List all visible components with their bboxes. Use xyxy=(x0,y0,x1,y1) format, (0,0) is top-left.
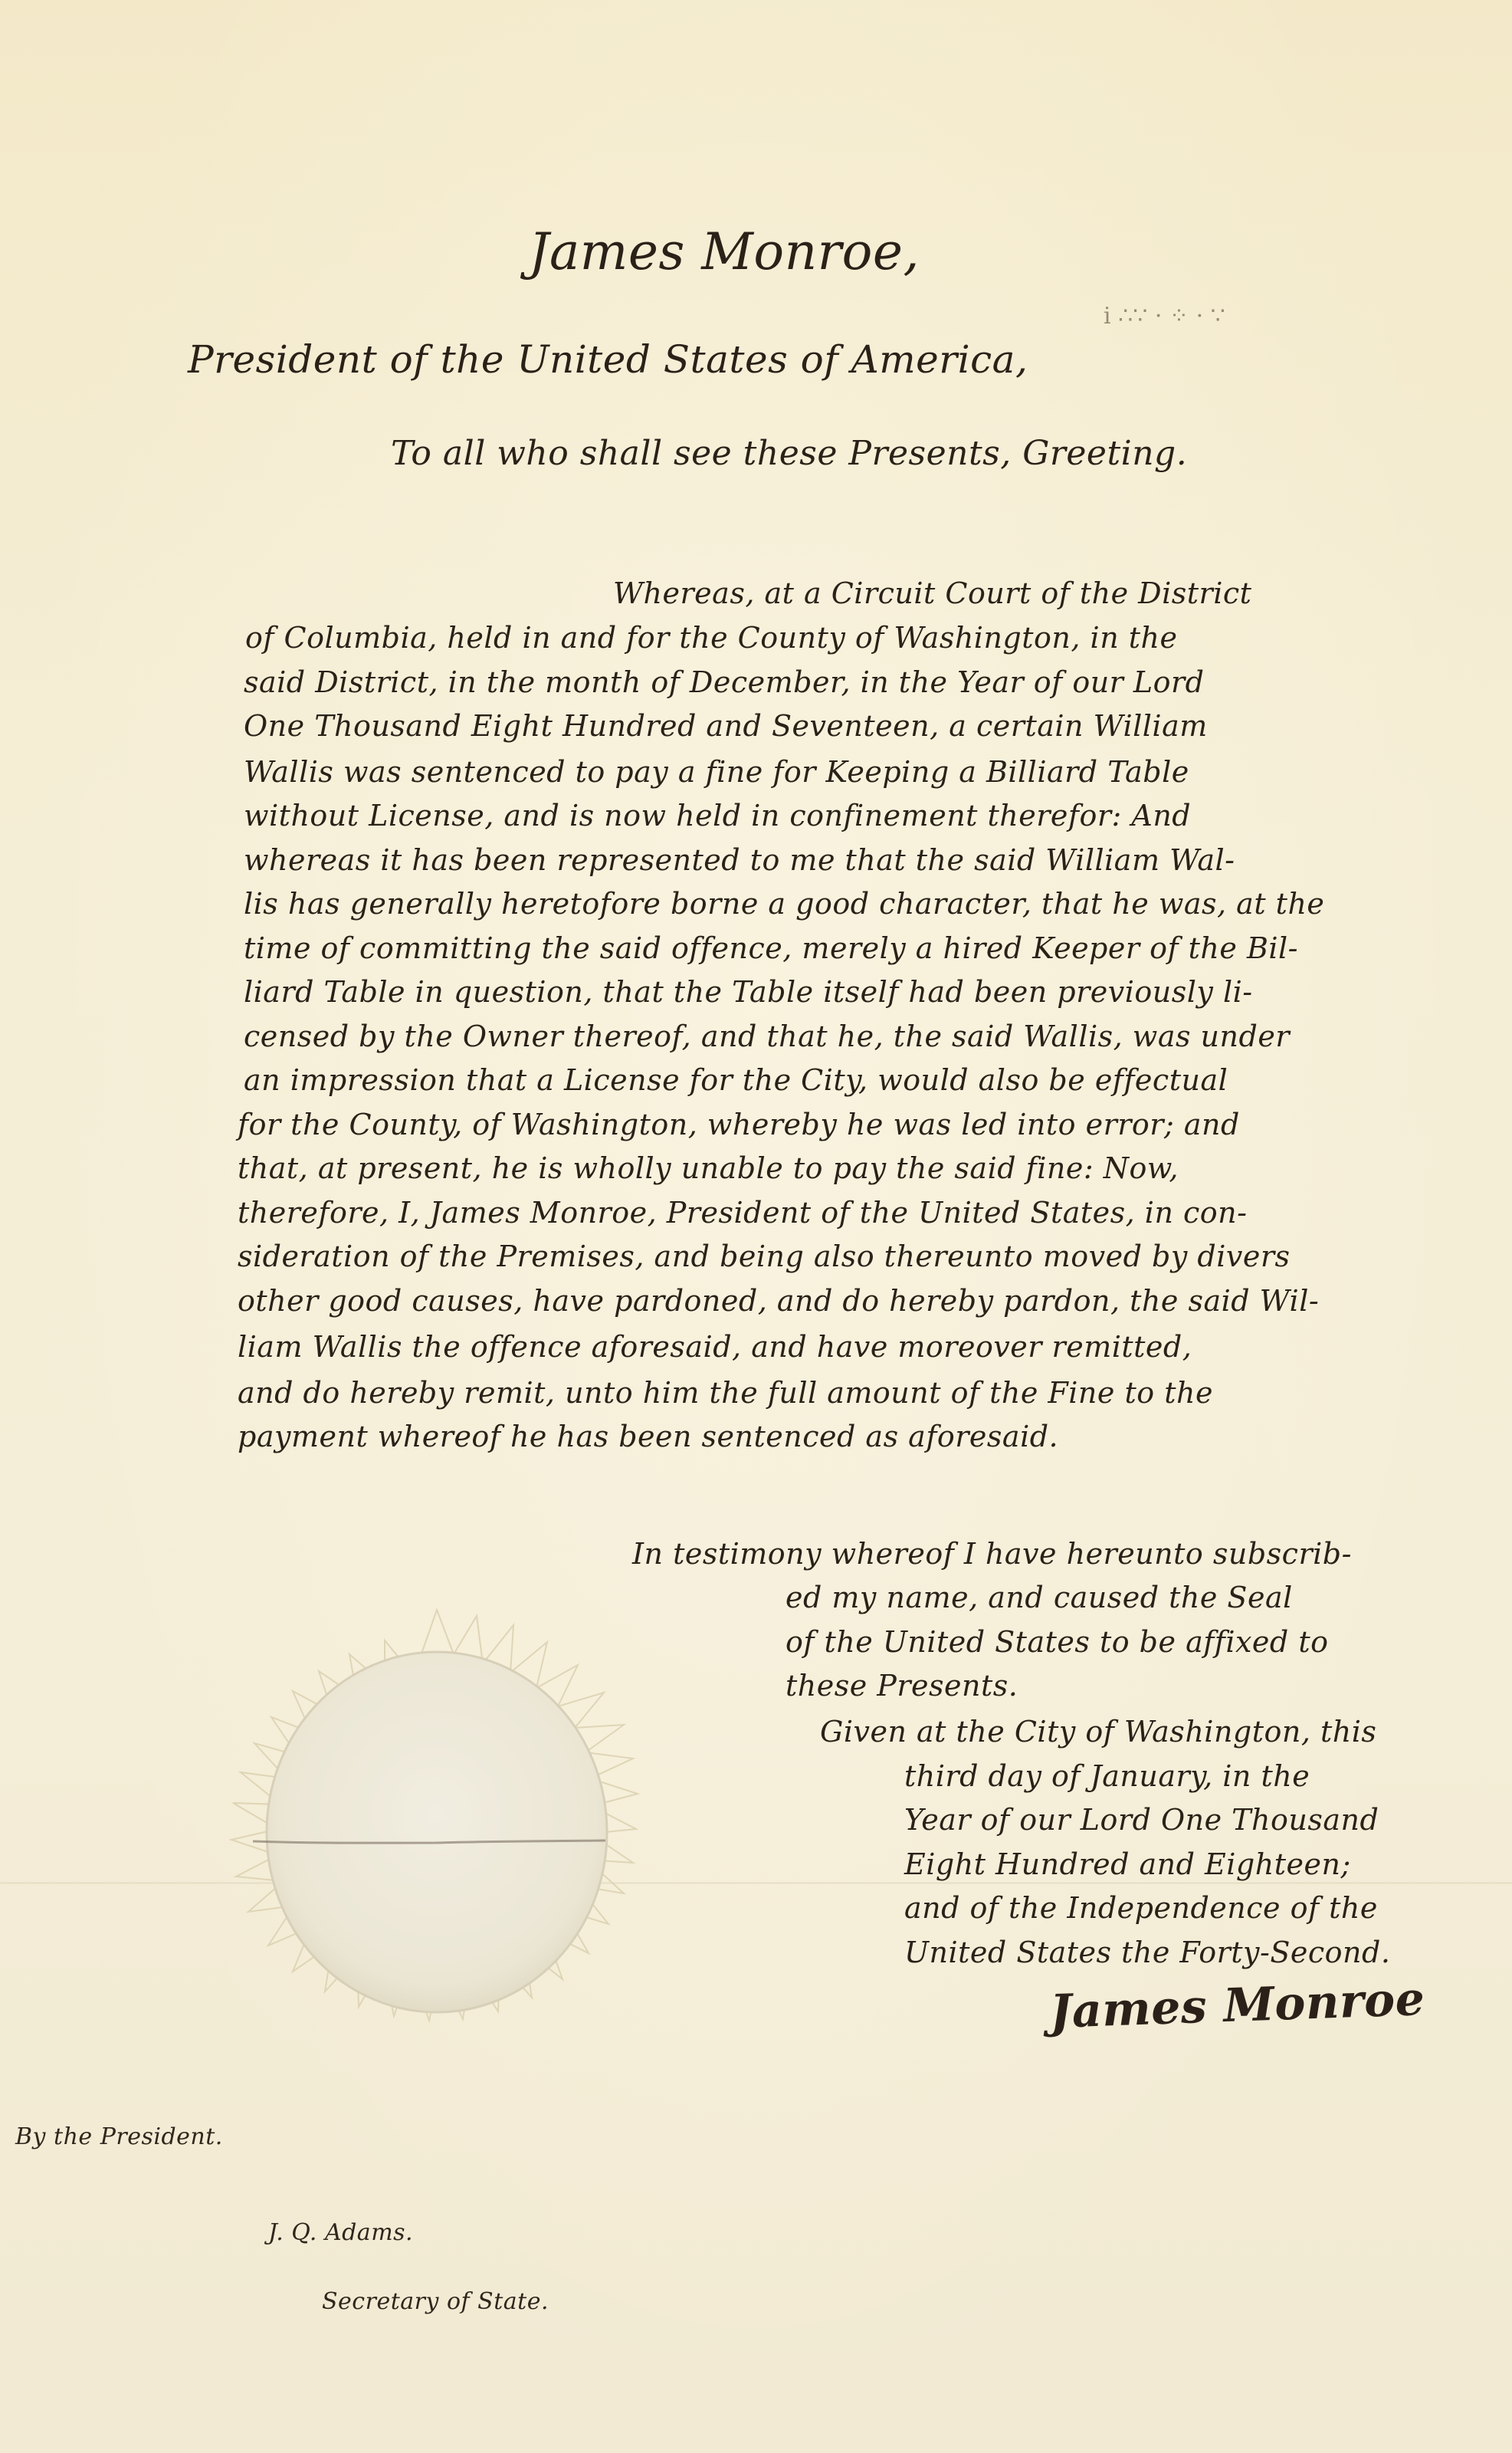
given-line: Year of our Lord One Thousand xyxy=(904,1803,1379,1837)
body-line: liard Table in question, that the Table … xyxy=(244,975,1253,1009)
body-line: censed by the Owner thereof, and that he… xyxy=(244,1020,1290,1053)
body-line: an impression that a License for the Cit… xyxy=(244,1063,1228,1097)
heading-greeting: To all who shall see these Presents, Gre… xyxy=(391,434,1187,473)
body-line: payment whereof he has been sentenced as… xyxy=(238,1420,1058,1453)
given-line: and of the Independence of the xyxy=(904,1891,1378,1925)
body-line: Whereas, at a Circuit Court of the Distr… xyxy=(613,576,1251,610)
body-line: One Thousand Eight Hundred and Seventeen… xyxy=(244,709,1208,743)
body-line: whereas it has been represented to me th… xyxy=(244,843,1235,877)
testimony-line: these Presents. xyxy=(786,1669,1018,1703)
body-line: said District, in the month of December,… xyxy=(244,665,1205,699)
body-line: without License, and is now held in conf… xyxy=(244,799,1191,832)
given-line: United States the Forty-Second. xyxy=(904,1936,1390,1969)
body-line: of Columbia, held in and for the County … xyxy=(245,621,1177,655)
testimony-line: ed my name, and caused the Seal xyxy=(786,1581,1293,1614)
body-line: for the County, of Washington, whereby h… xyxy=(238,1108,1240,1141)
testimony-line: of the United States to be affixed to xyxy=(786,1625,1328,1659)
heading-title: President of the United States of Americ… xyxy=(188,337,1028,382)
given-line: Eight Hundred and Eighteen; xyxy=(904,1847,1351,1881)
body-line: Wallis was sentenced to pay a fine for K… xyxy=(244,755,1189,789)
body-line: therefore, I, James Monroe, President of… xyxy=(238,1196,1247,1230)
body-line: lis has generally heretofore borne a goo… xyxy=(244,887,1324,921)
body-line: other good causes, have pardoned, and do… xyxy=(238,1284,1319,1318)
by-the-president: By the President. xyxy=(15,2123,223,2150)
given-line: third day of January, in the xyxy=(904,1759,1310,1793)
body-line: that, at present, he is wholly unable to… xyxy=(238,1151,1179,1185)
body-line: and do hereby remit, unto him the full a… xyxy=(238,1376,1213,1410)
body-line: sideration of the Premises, and being al… xyxy=(238,1240,1290,1273)
heading-name: James Monroe, xyxy=(529,222,920,281)
secretary-signature: J. Q. Adams. xyxy=(268,2219,413,2246)
secretary-title: Secretary of State. xyxy=(322,2288,549,2315)
ink-blot-marks: i ∴∵ · ⁘ · ∵ xyxy=(1104,303,1225,330)
body-line: liam Wallis the offence aforesaid, and h… xyxy=(238,1330,1192,1364)
given-line: Given at the City of Washington, this xyxy=(820,1715,1376,1749)
testimony-line: In testimony whereof I have hereunto sub… xyxy=(632,1537,1352,1571)
seal-icon xyxy=(207,1602,667,2062)
body-line: time of committing the said offence, mer… xyxy=(244,931,1298,965)
